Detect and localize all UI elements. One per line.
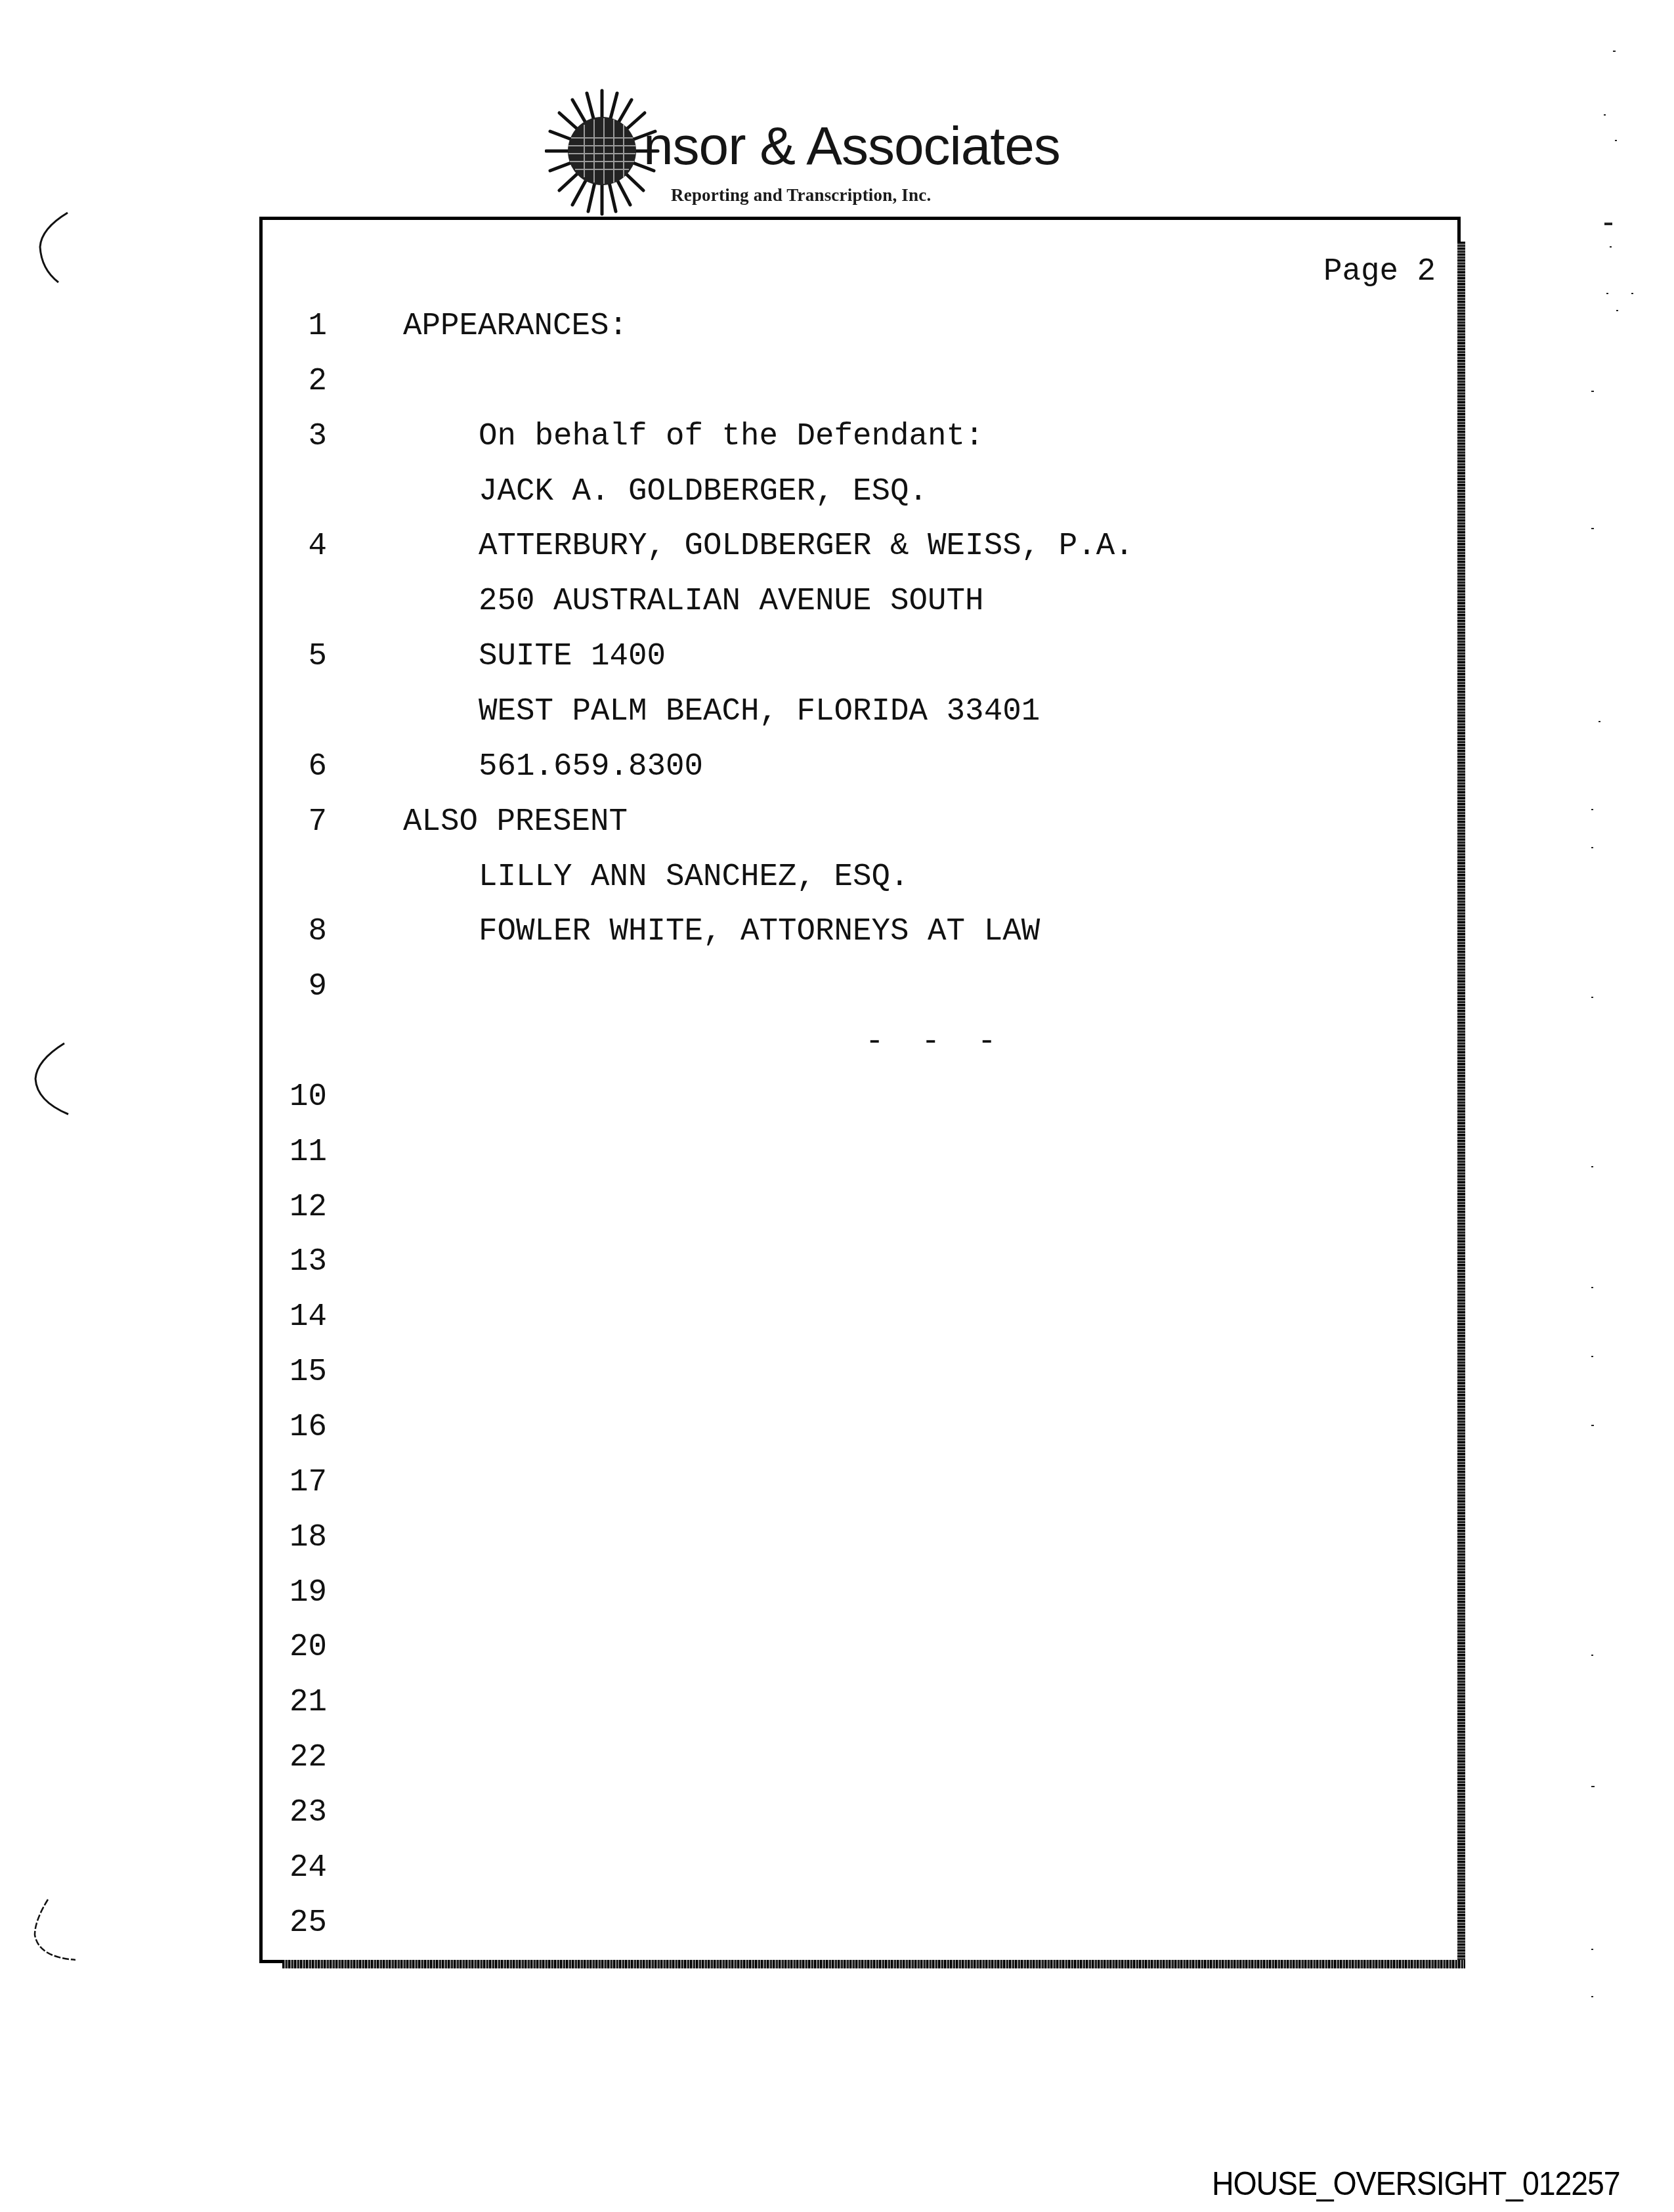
line-number: 2: [289, 366, 327, 397]
scan-speck: [1591, 1287, 1593, 1288]
scan-speck: [1591, 1949, 1593, 1950]
line-number: 22: [289, 1743, 327, 1773]
binder-hole-mark: [30, 1894, 82, 1973]
line-number: 13: [289, 1247, 327, 1278]
binder-hole-mark: [32, 1041, 71, 1119]
frame-shadow-bottom: [282, 1960, 1465, 1968]
line-number: 3: [289, 422, 327, 452]
line-text: ALSO PRESENT: [403, 807, 628, 838]
line-text: APPEARANCES:: [403, 311, 628, 342]
line-number: 21: [289, 1687, 327, 1718]
line-text: 561.659.8300: [479, 752, 703, 783]
scan-speck: [1604, 223, 1612, 225]
scan-speck: [1591, 1996, 1593, 1997]
section-divider: - - -: [865, 1027, 997, 1058]
line-number: 15: [289, 1357, 327, 1388]
scan-speck: [1591, 1655, 1593, 1656]
line-number: 10: [289, 1082, 327, 1113]
scan-speck: [1615, 140, 1617, 141]
line-text: 250 AUSTRALIAN AVENUE SOUTH: [479, 586, 984, 617]
scan-speck: [1591, 809, 1593, 810]
line-number: 7: [289, 807, 327, 838]
line-number: 8: [289, 917, 327, 947]
scan-speck: [1591, 997, 1593, 998]
line-number: 25: [289, 1908, 327, 1939]
scan-speck: [1591, 391, 1594, 392]
line-number: 4: [289, 531, 327, 562]
line-text: FOWLER WHITE, ATTORNEYS AT LAW: [479, 917, 1040, 947]
scan-speck: [1631, 293, 1633, 294]
line-number: 1: [289, 311, 327, 342]
scan-speck: [1591, 1425, 1594, 1426]
line-number: 9: [289, 972, 327, 1003]
line-number: 20: [289, 1632, 327, 1663]
line-text: SUITE 1400: [479, 641, 666, 672]
scan-speck: [1591, 847, 1593, 848]
scan-speck: [1604, 114, 1606, 116]
scan-speck: [1591, 1786, 1595, 1787]
line-number: 19: [289, 1578, 327, 1609]
line-number: 24: [289, 1853, 327, 1884]
line-number: 6: [289, 752, 327, 783]
bates-number: HOUSE_OVERSIGHT_012257: [1212, 2167, 1620, 2200]
line-text: On behalf of the Defendant:: [479, 422, 984, 452]
scan-speck: [1616, 310, 1618, 311]
scan-speck: [1591, 1356, 1593, 1357]
logo-company-name: nsor & Associates: [643, 119, 1060, 173]
line-number: 11: [289, 1137, 327, 1168]
line-text: ATTERBURY, GOLDBERGER & WEISS, P.A.: [479, 531, 1134, 562]
line-number: 12: [289, 1192, 327, 1223]
line-text: JACK A. GOLDBERGER, ESQ.: [479, 477, 928, 508]
line-number: 5: [289, 641, 327, 672]
scan-speck: [1613, 51, 1616, 52]
scan-speck: [1606, 293, 1608, 294]
binder-hole-mark: [36, 209, 75, 288]
line-number: 17: [289, 1467, 327, 1498]
scan-speck: [1591, 528, 1594, 529]
scan-speck: [1610, 246, 1612, 248]
logo-subtitle: Reporting and Transcription, Inc.: [671, 186, 931, 204]
page-number: Page 2: [1323, 257, 1436, 288]
line-number: 14: [289, 1302, 327, 1333]
frame-shadow-right: [1457, 242, 1465, 1968]
line-text: WEST PALM BEACH, FLORIDA 33401: [479, 697, 1040, 727]
line-number: 16: [289, 1412, 327, 1443]
line-text: LILLY ANN SANCHEZ, ESQ.: [479, 862, 909, 893]
company-logo: nsor & Associates Reporting and Transcri…: [545, 85, 1123, 217]
line-number: 18: [289, 1523, 327, 1553]
scan-speck: [1599, 721, 1600, 722]
scan-speck: [1591, 1166, 1593, 1167]
line-number: 23: [289, 1798, 327, 1829]
